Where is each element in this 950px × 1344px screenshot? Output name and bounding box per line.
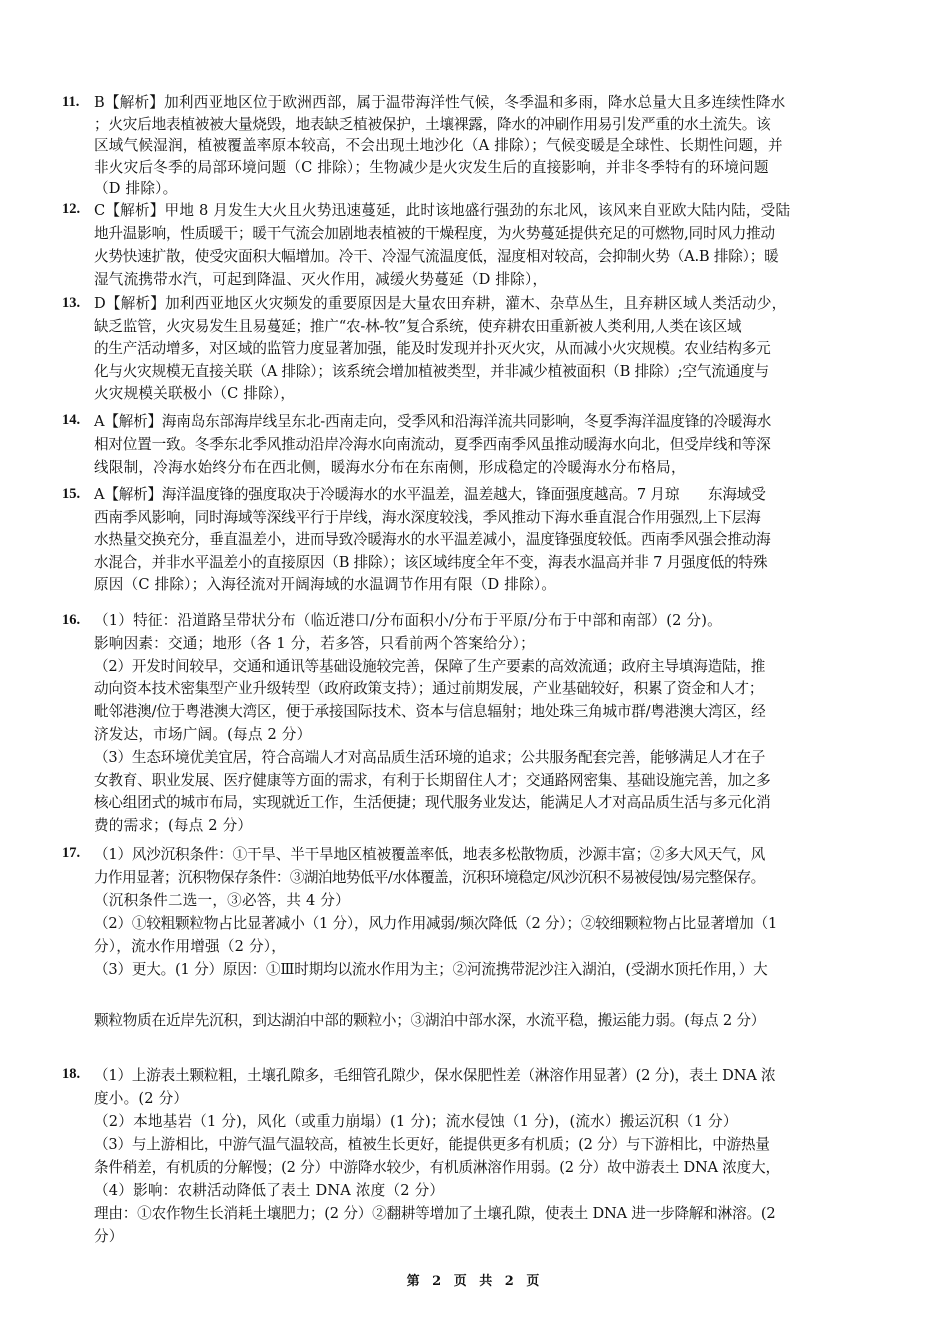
answer-line: B【解析】加利西亚地区位于欧洲西部，属于温带海洋性气候，冬季温和多雨，降水总量大… (94, 92, 894, 114)
answer-line: 影响因素：交通；地形（各 1 分，若多答，只看前两个答案给分）； (94, 633, 894, 656)
question-number: 16. (62, 610, 80, 632)
answer-line: ；火灾后地表植被被大量烧毁，地表缺乏植被保护，土壤裸露，降水的冲刷作用易引发严重… (94, 114, 894, 136)
question-15: 15. A【解析】海洋温度锋的强度取决于冷暖海水的水平温差，温差越大，锋面强度越… (94, 484, 894, 597)
question-number: 17. (62, 843, 80, 865)
question-13: 13. D【解析】加利西亚地区火灾频发的重要原因是大量农田弃耕，灌木、杂草丛生，… (94, 293, 894, 406)
answer-line: A【解析】海洋温度锋的强度取决于冷暖海水的水平温差，温差越大，锋面强度越高。7 … (94, 484, 894, 507)
answer-line: （3）生态环境优美宜居，符合高端人才对高品质生活环境的追求；公共服务配套完善，能… (94, 747, 894, 770)
answer-line: 火灾规模关联极小（C 排除）， (94, 383, 894, 406)
question-number: 14. (62, 410, 80, 432)
answer-line: （3）与上游相比，中游气温气温较高，植被生长更好，能提供更多有机质；(2 分）与… (94, 1133, 894, 1156)
answer-line: （1）特征：沿道路呈带状分布（临近港口/分布面积小/分布于平原/分布于中部和南部… (94, 610, 894, 633)
answer-line: （1）上游表土颗粒粗，土壤孔隙多，毛细管孔隙少，保水保肥性差（淋溶作用显著）(2… (94, 1064, 894, 1087)
answer-line: 颗粒物质在近岸先沉积，到达湖泊中部的颗粒小；③湖泊中部水深，水流平稳，搬运能力弱… (94, 1009, 894, 1032)
answer-line: 西南季风影响，同时海域等深线平行于岸线，海水深度较浅，季风推动下海水垂直混合作用… (94, 507, 894, 530)
answer-line: 非火灾后冬季的局部环境问题（C 排除）；生物减少是火灾发生后的直接影响，并非冬季… (94, 157, 894, 179)
answer-line: 水热量交换充分，垂直温差小，进而导致冷暖海水的水平温差减小，温度锋强度较低。西南… (94, 529, 894, 552)
answer-line: 区域气候湿润，植被覆盖率原本较高，不会出现土地沙化（A 排除）；气候变暖是全球性… (94, 135, 894, 157)
answer-line: A【解析】海南岛东部海岸线呈东北-西南走向，受季风和沿海洋流共同影响，冬夏季海洋… (94, 410, 894, 433)
answer-line: （4）影响：农耕活动降低了表土 DNA 浓度（2 分） (94, 1179, 894, 1202)
answer-line: 度小。(2 分） (94, 1087, 894, 1110)
question-12: 12. C【解析】甲地 8 月发生大火且火势迅速蔓延，此时该地盛行强劲的东北风，… (94, 199, 894, 291)
answer-line: 毗邻港澳/位于粤港澳大湾区，便于承接国际技术、资本与信息辐射；地处珠三角城市群/… (94, 701, 894, 724)
answer-line: （D 排除）。 (94, 178, 894, 200)
answer-line: 核心组团式的城市布局，实现就近工作，生活便捷；现代服务业发达，能满足人才对高品质… (94, 792, 894, 815)
answer-line: 分），流水作用增强（2 分）， (94, 935, 894, 958)
answer-line: 火势快速扩散，使受灾面积大幅增加。冷干、冷湿气流温度低，湿度相对较高，会抑制火势… (94, 245, 894, 268)
answer-line: （2）开发时间较早，交通和通讯等基础设施较完善，保障了生产要素的高效流通；政府主… (94, 656, 894, 679)
answer-line: 原因（C 排除）；入海径流对开阔海域的水温调节作用有限（D 排除）。 (94, 574, 894, 597)
question-number: 15. (62, 484, 80, 506)
page-footer: 第 2 页 共 2 页 (0, 1270, 950, 1289)
answer-line: 缺乏监管，火灾易发生且易蔓延；推广“农-林-牧”复合系统，使弃耕农田重新被人类利… (94, 316, 894, 339)
question-18: 18. （1）上游表土颗粒粗，土壤孔隙多，毛细管孔隙少，保水保肥性差（淋溶作用显… (94, 1064, 894, 1248)
question-number: 13. (62, 293, 80, 315)
answer-line: 的生产活动增多，对区域的监管力度显著加强，能及时发现并扑灭火灾，从而减小火灾规模… (94, 338, 894, 361)
answer-line: 济发达，市场广阔。(每点 2 分） (94, 724, 894, 747)
answer-line: 女教育、职业发展、医疗健康等方面的需求，有利于长期留住人才；交通路网密集、基础设… (94, 770, 894, 793)
answer-line: 力作用显著；沉积物保存条件：③湖泊地势低平/水体覆盖，沉积环境稳定/风沙沉积不易… (94, 866, 894, 889)
question-14: 14. A【解析】海南岛东部海岸线呈东北-西南走向，受季风和沿海洋流共同影响，冬… (94, 410, 894, 479)
answer-line: （3）更大。(1 分）原因：①Ⅲ时期均以流水作用为主；②河流携带泥沙注入湖泊，(… (94, 958, 894, 981)
answer-line: C【解析】甲地 8 月发生大火且火势迅速蔓延，此时该地盛行强劲的东北风，该风来自… (94, 199, 894, 222)
answer-line: 水混合，并非水平温差小的直接原因（B 排除）；该区域纬度全年不变，海表水温高并非… (94, 552, 894, 575)
question-number: 11. (62, 92, 79, 114)
answer-line: D【解析】加利西亚地区火灾频发的重要原因是大量农田弃耕，灌木、杂草丛生，且弃耕区… (94, 293, 894, 316)
question-number: 12. (62, 199, 80, 221)
answer-line: 地升温影响，性质暖干；暖干气流会加剧地表植被的干燥程度，为火势蔓延提供充足的可燃… (94, 222, 894, 245)
question-number: 18. (62, 1064, 80, 1086)
question-11: 11. B【解析】加利西亚地区位于欧洲西部，属于温带海洋性气候，冬季温和多雨，降… (94, 92, 894, 200)
question-17: 17. （1）风沙沉积条件：①干旱、半干旱地区植被覆盖率低，地表多松散物质，沙源… (94, 843, 894, 1032)
answer-line: （2）本地基岩（1 分)，风化（或重力崩塌）(1 分)；流水侵蚀（1 分)，(流… (94, 1110, 894, 1133)
answer-line: 相对位置一致。冬季东北季风推动沿岸冷海水向南流动，夏季西南季风虽推动暖海水向北，… (94, 433, 894, 456)
answer-line: （1）风沙沉积条件：①干旱、半干旱地区植被覆盖率低，地表多松散物质，沙源丰富；②… (94, 843, 894, 866)
answer-line: 条件稍差，有机质的分解慢；(2 分）中游降水较少，有机质淋溶作用弱。(2 分）故… (94, 1156, 894, 1179)
answer-line: 化与火灾规模无直接关联（A 排除）；该系统会增加植被类型，并非减少植被面积（B … (94, 361, 894, 384)
answer-line: 分） (94, 1225, 894, 1248)
answer-line: 费的需求；(每点 2 分） (94, 815, 894, 838)
answer-line: 理由：①农作物生长消耗土壤肥力；(2 分）②翻耕等增加了土壤孔隙，使表土 DNA… (94, 1202, 894, 1225)
answer-line: 线限制，冷海水始终分布在西北侧，暖海水分布在东南侧，形成稳定的冷暖海水分布格局， (94, 456, 894, 479)
answer-line: 湿气流携带水汽，可起到降温、灭火作用，减缓火势蔓延（D 排除）， (94, 268, 894, 291)
answer-line: （沉积条件二选一，③必答，共 4 分） (94, 889, 894, 912)
answer-line-spacer (94, 981, 894, 1009)
question-16: 16. （1）特征：沿道路呈带状分布（临近港口/分布面积小/分布于平原/分布于中… (94, 610, 894, 838)
answer-line: （2）①较粗颗粒物占比显著减小（1 分），风力作用减弱/频次降低（2 分）；②较… (94, 912, 894, 935)
answer-line: 动向资本技术密集型产业升级转型（政府政策支持）；通过前期发展，产业基础较好，积累… (94, 678, 894, 701)
